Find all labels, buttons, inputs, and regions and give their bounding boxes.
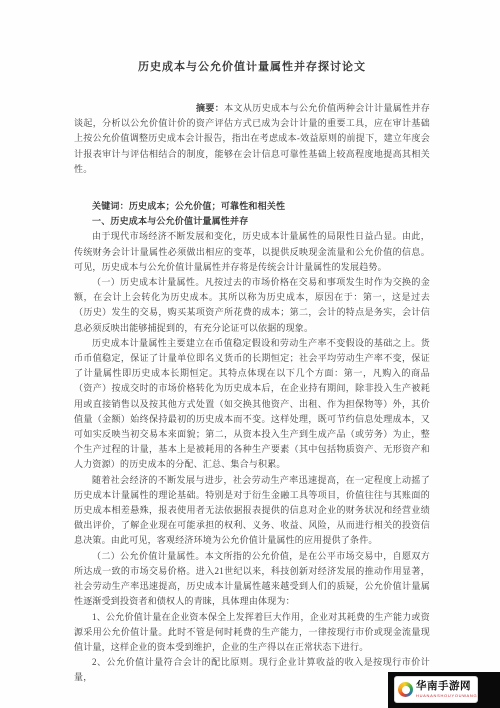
paragraph: 1、公允价值计量在企业资本保全上发挥着巨大作用，企业对其耗费的生产能力或资源采用… <box>74 610 430 656</box>
paragraph: 随着社会经济的不断发展与进步，社会劳动生产率迅速提高，在一定程度上动摇了历史成本… <box>74 473 430 549</box>
abstract-text: 本文从历史成本与公允价值两种会计计量属性并存谈起，分析以公允价值计价的资产评估方… <box>74 103 430 174</box>
document-content: 历史成本与公允价值计量属性并存探讨论文 摘要：本文从历史成本与公允价值两种会计计… <box>0 0 500 686</box>
keywords-text: 历史成本；公允价值；可靠性和相关性 <box>129 201 285 211</box>
keywords-line: 关键词：历史成本；公允价值；可靠性和相关性 <box>74 199 430 214</box>
abstract-label: 摘要： <box>196 103 224 113</box>
keywords-label: 关键词： <box>92 201 129 211</box>
section-heading: 一、历史成本与公允价值计量属性并存 <box>74 214 430 229</box>
paragraph: 2、公允价值计量符合会计的配比原则。现行企业计算收益的收入是按现行市价计量， <box>74 655 430 685</box>
watermark-logo: 华南手游网 HUANANSHOUYOUWANG <box>388 672 500 708</box>
paragraph: 由于现代市场经济不断发展和变化，历史成本计量属性的局限性日益凸显。由此，传统财务… <box>74 229 430 275</box>
watermark-logo-card: 华南手游网 HUANANSHOUYOUWANG <box>394 676 478 703</box>
abstract-paragraph: 摘要：本文从历史成本与公允价值两种会计计量属性并存谈起，分析以公允价值计价的资产… <box>74 101 430 177</box>
watermark-logo-texts: 华南手游网 HUANANSHOUYOUWANG <box>416 681 474 699</box>
logo-site-name: 华南手游网 <box>416 681 474 692</box>
paragraph: 历史成本计量属性主要建立在币值稳定假设和劳动生产率不变假设的基础之上。货币币值稳… <box>74 336 430 473</box>
paragraph: （二）公允价值计量属性。本文所指的公允价值，是在公平市场交易中，自愿双方所达成一… <box>74 549 430 610</box>
document-page: 历史成本与公允价值计量属性并存探讨论文 摘要：本文从历史成本与公允价值两种会计计… <box>0 0 500 708</box>
page-title: 历史成本与公允价值计量属性并存探讨论文 <box>74 58 430 74</box>
logo-tagline: HUANANSHOUYOUWANG <box>416 693 474 698</box>
huanan-swirl-icon <box>398 682 413 697</box>
paragraph: （一）历史成本计量属性。凡按过去的市场价格在交易和事项发生时作为交换的金额，在会… <box>74 275 430 336</box>
